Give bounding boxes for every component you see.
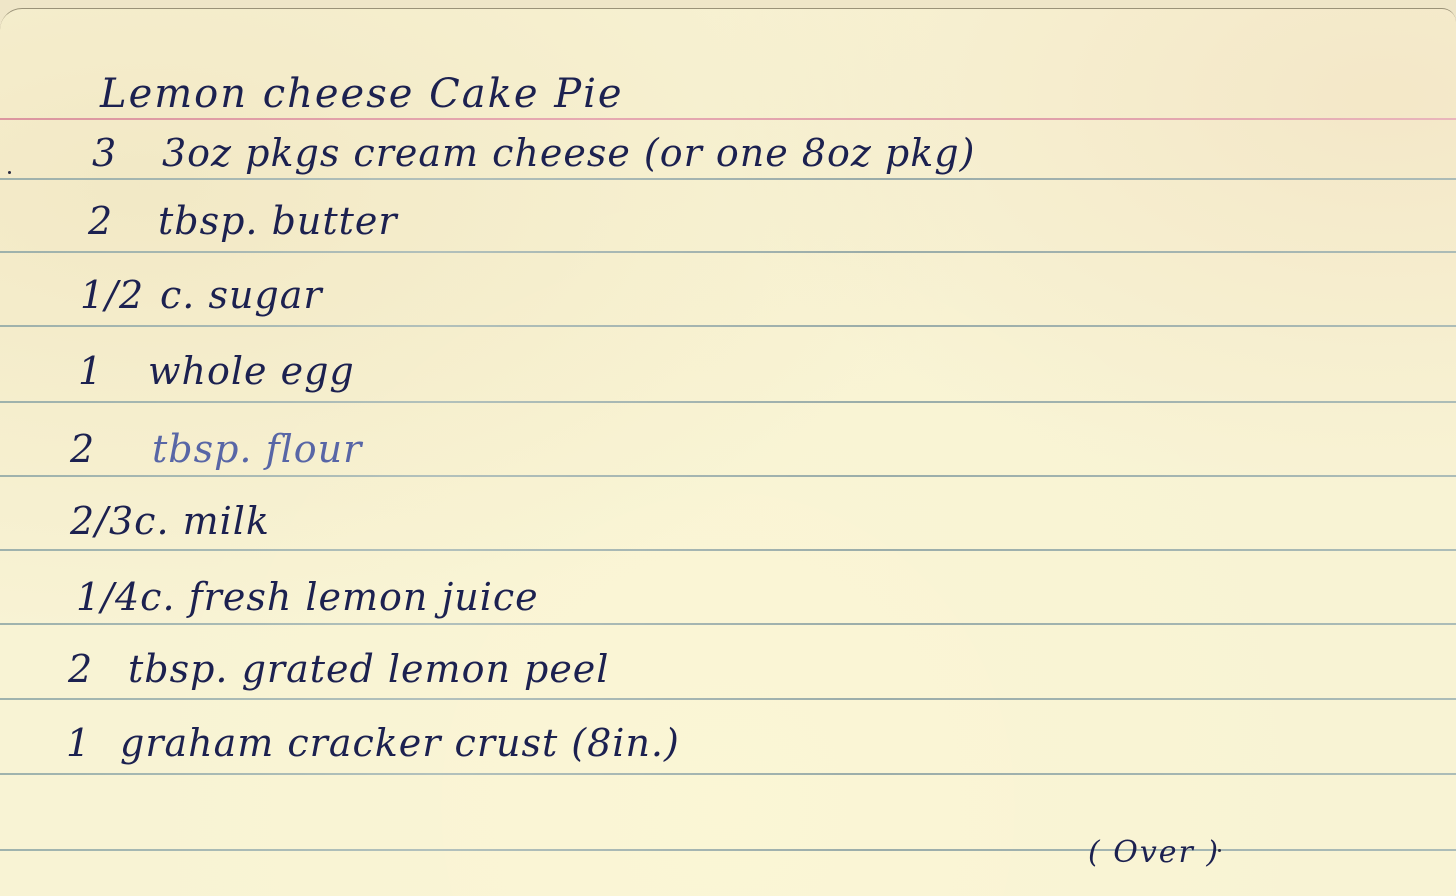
header-rule [0,118,1456,120]
ruled-line [0,178,1456,180]
ruled-line [0,698,1456,700]
recipe-title: Lemon cheese Cake Pie [100,71,624,117]
ruled-line [0,549,1456,551]
ingredient-text: tbsp. grated lemon peel [128,647,609,691]
ink-speck [8,171,11,174]
ingredient-line: 1whole egg [78,349,355,393]
ingredient-line: 2tbsp. grated lemon peel [68,647,609,691]
ruled-line [0,401,1456,403]
ingredient-line: 2/3c. milk [70,499,270,543]
ingredient-text: 3oz pkgs cream cheese (or one 8oz pkg) [162,131,975,175]
ingredient-line: 1graham cracker crust (8in.) [66,721,680,765]
ingredient-qty: 2 [70,427,152,471]
ingredient-qty: 2 [88,199,158,243]
ingredient-text: c. fresh lemon juice [140,575,539,619]
ingredient-text: tbsp. butter [158,199,398,243]
ruled-line [0,251,1456,253]
ingredient-text: graham cracker crust (8in.) [120,721,680,765]
ruled-line [0,849,1456,851]
ingredient-qty: 1 [78,349,148,393]
recipe-card: Lemon cheese Cake Pie 33oz pkgs cream ch… [0,8,1456,896]
ingredient-text: tbsp. flour [152,427,362,471]
ingredient-qty: 1/4 [76,575,140,619]
ruled-line [0,773,1456,775]
ingredient-text: c. sugar [160,273,323,317]
ingredient-qty: 2/3 [70,499,134,543]
over-note: ( Over ) [1088,835,1220,870]
ingredient-qty: 1/2 [80,273,160,317]
ruled-line [0,623,1456,625]
ruled-line [0,325,1456,327]
ingredient-line: 2tbsp. flour [70,427,362,471]
ingredient-qty: 3 [92,131,162,175]
ingredient-text: c. milk [134,499,270,543]
ruled-line [0,475,1456,477]
ingredient-line: 1/4c. fresh lemon juice [76,575,539,619]
ingredient-line: 2tbsp. butter [88,199,398,243]
ink-speck [1218,849,1221,852]
ingredient-qty: 2 [68,647,128,691]
ingredient-text: whole egg [148,349,355,393]
ingredient-qty: 1 [66,721,120,765]
ingredient-line: 1/2c. sugar [80,273,323,317]
ingredient-line: 33oz pkgs cream cheese (or one 8oz pkg) [92,131,975,175]
